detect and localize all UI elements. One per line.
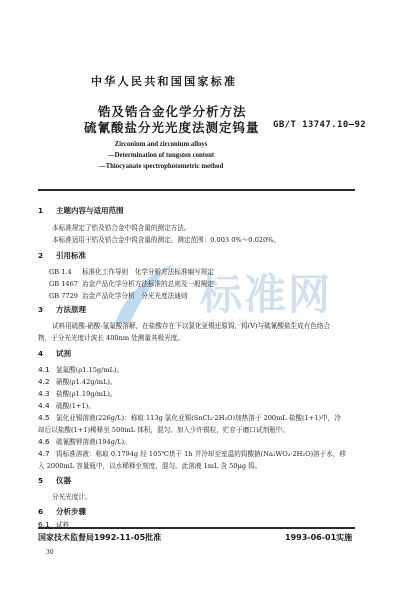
section-1-para1: 本标准规定了锆及锆合金中钨含量的测定方法。: [52, 222, 190, 232]
reagent-item: 4.1氢氟酸(ρ1.15g/mL)。: [38, 364, 123, 374]
section-1-heading: 1主题内容与适用范围: [38, 205, 124, 216]
reagent-item: 4.6硫氰酸钾溶液(194g/L)。: [38, 436, 131, 446]
section-3-para-line1: 试料用硫酸-硝酸-氢氟酸溶解，在盐酸存在下以氯化亚锡还原钨，钨(V)与硫氰酸盐生…: [52, 320, 330, 330]
en-title-line3: —Thiocyanate spectrophotometric method: [86, 163, 236, 170]
reagent-item: 4.2硝酸(ρ1.42g/mL)。: [38, 376, 117, 386]
reagent-item-continuation: 入 2000mL 容量瓶中，以水稀释至刻度，混匀。此溶液 1mL 含 50μg …: [38, 460, 261, 470]
cn-title-line2: 硫氰酸盐分光光度法测定钨量: [84, 118, 260, 136]
reagent-item: 4.3盐酸(ρ1.19g/mL)。: [38, 388, 117, 398]
page-number: 30: [46, 549, 54, 556]
watermark-text: 标准网: [200, 262, 332, 322]
national-standard-title: 中华人民共和国国家标准: [91, 73, 237, 89]
header-divider: [38, 189, 355, 191]
reagent-item-continuation: 却后以盐酸(1+1)稀释至 500mL 体积，混匀。加入少许锡粒，贮存于磨口试剂…: [38, 424, 289, 434]
section-2-heading: 2引用标准: [38, 250, 86, 261]
section-4-heading: 4试剂: [38, 348, 71, 359]
en-title-line1: Zirconium and zirconium alloys: [86, 141, 236, 148]
section-6-heading: 6分析步骤: [38, 506, 86, 517]
section-1-para2: 本标准适用于锆及锆合金中钨含量的测定。测定范围：0.003 0%～0.020%。: [52, 234, 280, 244]
section-3-heading: 3方法原理: [38, 304, 86, 315]
implementation-date: 1993-06-01实施: [285, 532, 352, 543]
section-3-para-line2: 物，于分光光度计波长 400nm 处测量其吸光度。: [38, 332, 184, 342]
approval-date: 国家技术监督局1992-11-05批准: [38, 532, 161, 543]
document-page: 标准网 WWW.BIAOZHUN.COM 中华人民共和国国家标准 锆及锆合金化学…: [0, 0, 400, 590]
standard-code: GB/T 13747.10—92: [273, 120, 366, 130]
reference-item: GB 7729冶金产品化学分析 分光光度法通则: [49, 290, 188, 300]
reagent-item: 4.5氯化亚锡溶液(226g/L)：称取 113g 氯化亚锡(SnCl₂·2H₂…: [38, 412, 341, 422]
footer-divider: [38, 527, 355, 529]
reference-item: GB 1467冶金产品化学分析方法标准的总则及一般规定: [49, 278, 214, 288]
reagent-item: 4.7钨标准溶液：称取 0.1794g 经 105℃烘干 1h 并冷却至室温的钨…: [38, 448, 346, 458]
en-title-line2: —Determination of tungsten content: [86, 152, 236, 159]
section-5-para: 分光光度计。: [52, 491, 92, 501]
reagent-item: 4.4硫酸(1+1)。: [38, 400, 95, 410]
reference-item: GB 1.4标准化工作导则 化学分析方法标准编写规定: [49, 266, 214, 276]
section-5-heading: 5仪器: [38, 475, 71, 486]
